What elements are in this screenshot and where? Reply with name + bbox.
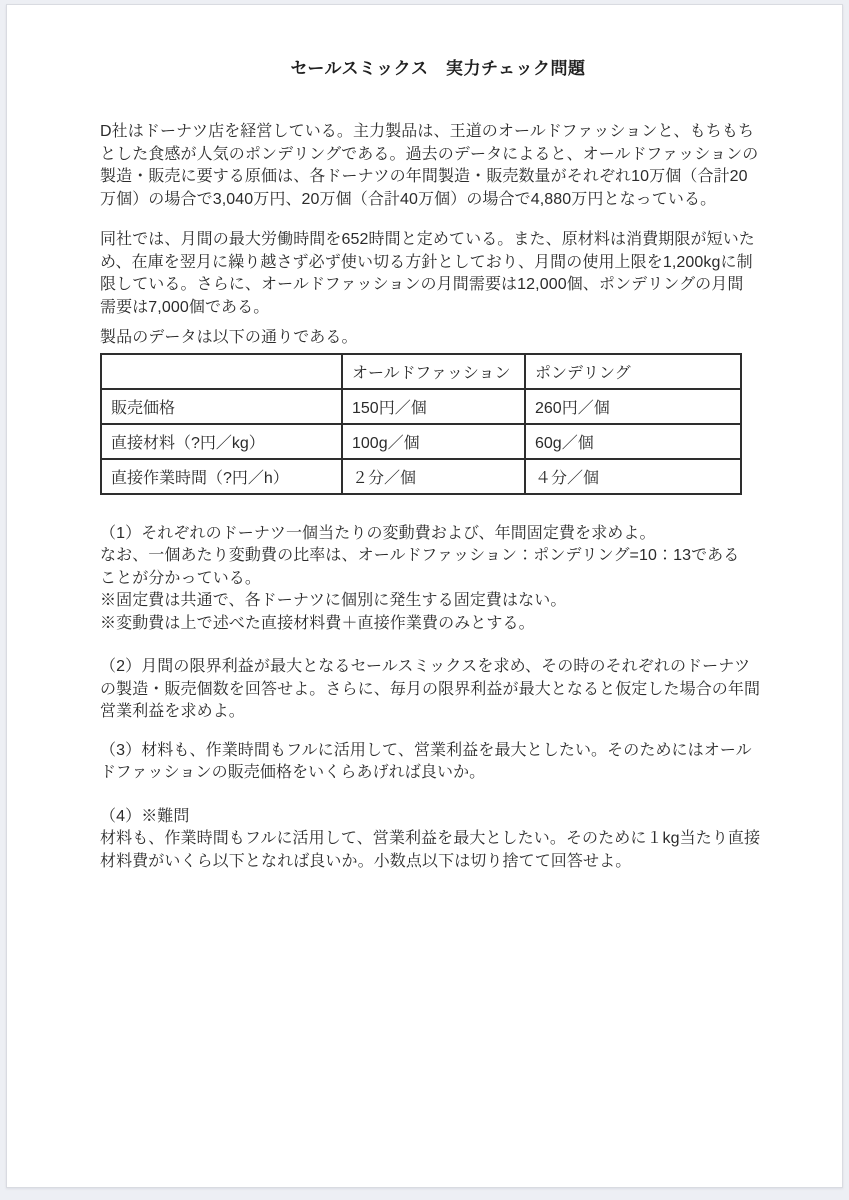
question-4: （4）※難問 材料も、作業時間もフルに活用して、営業利益を最大としたい。そのため… — [100, 806, 776, 874]
intro-paragraph: D社はドーナツ店を経営している。主力製品は、王道のオールドファッションと、もちも… — [100, 121, 776, 211]
text-line: 営業利益を求めよ。 — [100, 701, 776, 724]
table-caption: 製品のデータは以下の通りである。 — [100, 327, 776, 350]
text-line: D社はドーナツ店を経営している。主力製品は、王道のオールドファッションと、もちも… — [100, 121, 776, 144]
cell-value: ４分／個 — [525, 459, 741, 494]
text-line: （3）材料も、作業時間もフルに活用して、営業利益を最大としたい。そのためにはオー… — [100, 740, 776, 763]
photo-background: セールスミックス 実力チェック問題 D社はドーナツ店を経営している。主力製品は、… — [0, 0, 849, 1200]
cell-value: ２分／個 — [342, 459, 525, 494]
text-line: とした食感が人気のポンデリングである。過去のデータによると、オールドファッション… — [100, 144, 776, 167]
text-line: 製造・販売に要する原価は、各ドーナツの年間製造・販売数量がそれぞれ10万個（合計… — [100, 166, 776, 189]
cell-value: 100g／個 — [342, 424, 525, 459]
document-content: セールスミックス 実力チェック問題 D社はドーナツ店を経営している。主力製品は、… — [100, 54, 776, 873]
text-line: 万個）の場合で3,040万円、20万個（合計40万個）の場合で4,880万円とな… — [100, 189, 776, 212]
document-page: セールスミックス 実力チェック問題 D社はドーナツ店を経営している。主力製品は、… — [6, 4, 843, 1188]
text-line: （4）※難問 — [100, 806, 776, 829]
text-line: 材料も、作業時間もフルに活用して、営業利益を最大としたい。そのために１kg当たり… — [100, 828, 776, 851]
text-line: 材料費がいくら以下となれば良いか。小数点以下は切り捨てて回答せよ。 — [100, 851, 776, 874]
row-label: 直接作業時間（?円／h） — [101, 459, 342, 494]
text-line: の製造・販売個数を回答せよ。さらに、毎月の限界利益が最大となると仮定した場合の年… — [100, 679, 776, 702]
table-header-pon-de-ring: ポンデリング — [525, 354, 741, 389]
text-line: め、在庫を翌月に繰り越さず必ず使い切る方針としており、月間の使用上限を1,200… — [100, 252, 776, 275]
question-1: （1）それぞれのドーナツ一個当たりの変動費および、年間固定費を求めよ。 なお、一… — [100, 523, 776, 636]
table-header-row: オールドファッション ポンデリング — [101, 354, 741, 389]
table-header-old-fashioned: オールドファッション — [342, 354, 525, 389]
table-row-price: 販売価格 150円／個 260円／個 — [101, 389, 741, 424]
text-line: 限している。さらに、オールドファッションの月間需要は12,000個、ポンデリング… — [100, 274, 776, 297]
cell-value: 60g／個 — [525, 424, 741, 459]
row-label: 直接材料（?円／kg） — [101, 424, 342, 459]
text-line: なお、一個あたり変動費の比率は、オールドファッション：ポンデリング=10：13で… — [100, 545, 776, 568]
document-title: セールスミックス 実力チェック問題 — [100, 54, 776, 79]
table-header-empty — [101, 354, 342, 389]
text-line: 需要は7,000個である。 — [100, 297, 776, 320]
text-line: ことが分かっている。 — [100, 568, 776, 591]
question-3: （3）材料も、作業時間もフルに活用して、営業利益を最大としたい。そのためにはオー… — [100, 740, 776, 785]
text-line: ※変動費は上で述べた直接材料費＋直接作業費のみとする。 — [100, 613, 776, 636]
text-line: ドファッションの販売価格をいくらあげれば良いか。 — [100, 762, 776, 785]
cell-value: 260円／個 — [525, 389, 741, 424]
constraints-paragraph: 同社では、月間の最大労働時間を652時間と定めている。また、原材料は消費期限が短… — [100, 229, 776, 319]
product-data-table: オールドファッション ポンデリング 販売価格 150円／個 260円／個 直接材… — [100, 353, 742, 495]
question-2: （2）月間の限界利益が最大となるセールスミックスを求め、その時のそれぞれのドーナ… — [100, 656, 776, 724]
text-line: 同社では、月間の最大労働時間を652時間と定めている。また、原材料は消費期限が短… — [100, 229, 776, 252]
cell-value: 150円／個 — [342, 389, 525, 424]
text-line: （2）月間の限界利益が最大となるセールスミックスを求め、その時のそれぞれのドーナ… — [100, 656, 776, 679]
table-row-material: 直接材料（?円／kg） 100g／個 60g／個 — [101, 424, 741, 459]
table-row-labor-time: 直接作業時間（?円／h） ２分／個 ４分／個 — [101, 459, 741, 494]
text-line: ※固定費は共通で、各ドーナツに個別に発生する固定費はない。 — [100, 590, 776, 613]
text-line: （1）それぞれのドーナツ一個当たりの変動費および、年間固定費を求めよ。 — [100, 523, 776, 546]
row-label: 販売価格 — [101, 389, 342, 424]
